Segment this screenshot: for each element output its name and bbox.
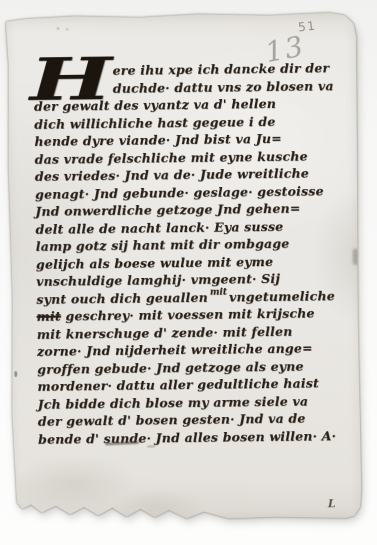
text-segment: Jch bidde dich blose my arme siele va <box>38 393 309 411</box>
edge-smudge <box>353 249 358 265</box>
text-segment: zorne· Jnd nijderheit wreitliche ange= <box>37 340 313 358</box>
text-segment: mit knerschuge d' zende· mit fellen <box>37 323 293 341</box>
text-segment: duchde· dattu vns zo blosen va <box>113 78 334 96</box>
ink-smudge-small <box>147 445 155 447</box>
text-segment: lamp gotz sij hant mit dir ombgage <box>36 236 290 254</box>
pencil-specks <box>56 26 70 31</box>
text-segment: gelijch als boese wulue mit eyme <box>36 253 273 271</box>
text-segment: bende d' sunde· Jnd alles bosen willen· … <box>38 428 336 447</box>
manuscript-line: duchde· dattu vns zo blosen va <box>34 77 340 98</box>
text-segment: groffen gebude· Jnd getzoge als eyne <box>37 358 304 376</box>
text-segment: vngetumeliche <box>229 288 335 304</box>
text-segment: Jnd onwerdliche getzoge Jnd gehen= <box>35 201 300 219</box>
text-segment: das vrade felschliche mit eyne kusche <box>35 148 308 166</box>
text-segment: geschrey· mit voessen mit krijsche <box>61 305 315 323</box>
text-segment: delt alle de nacht lanck· Eya susse <box>35 218 283 236</box>
text-segment: mordener· dattu aller gedultliche haist <box>37 375 319 393</box>
struck-word: mit <box>36 309 61 324</box>
text-segment: synt ouch dich geuallen <box>36 289 208 306</box>
inserted-word: mit <box>210 287 227 297</box>
text-segment: der gewalt d' bosen gesten· Jnd va de <box>38 411 306 429</box>
text-segment: genagt· Jnd gebunde· geslage· gestoisse <box>35 183 324 202</box>
text-segment: ere ihu xpe ich dancke dir der <box>112 60 329 78</box>
manuscript-photo: 51 13 H ere ihu xpe ich dancke dir derdu… <box>0 0 377 545</box>
text-segment: der gewalt des vyantz va d' hellen <box>34 96 276 114</box>
text-segment: dich willichliche hast gegeue i de <box>34 113 275 131</box>
manuscript-page: 51 13 H ere ihu xpe ich dancke dir derdu… <box>4 11 363 524</box>
manuscript-line: bende d' sunde· Jnd alles bosen willen· … <box>38 427 344 448</box>
text-block: ere ihu xpe ich dancke dir derduchde· da… <box>33 59 344 448</box>
text-segment: des vriedes· Jnd va de· Jude wreitliche <box>35 165 309 183</box>
ink-speck <box>14 371 17 377</box>
text-segment: hende dyre viande· Jnd bist va Ju= <box>34 131 282 149</box>
quire-mark: L <box>328 497 336 510</box>
manuscript-line: mit geschrey· mit voessen mit krijsche <box>36 304 342 325</box>
text-segment: vnschuldige lamghij· vmgeent· Sij <box>36 271 280 289</box>
page-wrapper: 51 13 H ere ihu xpe ich dancke dir derdu… <box>4 11 363 524</box>
manuscript-line: Jnd onwerdliche getzoge Jnd gehen= <box>35 199 341 220</box>
